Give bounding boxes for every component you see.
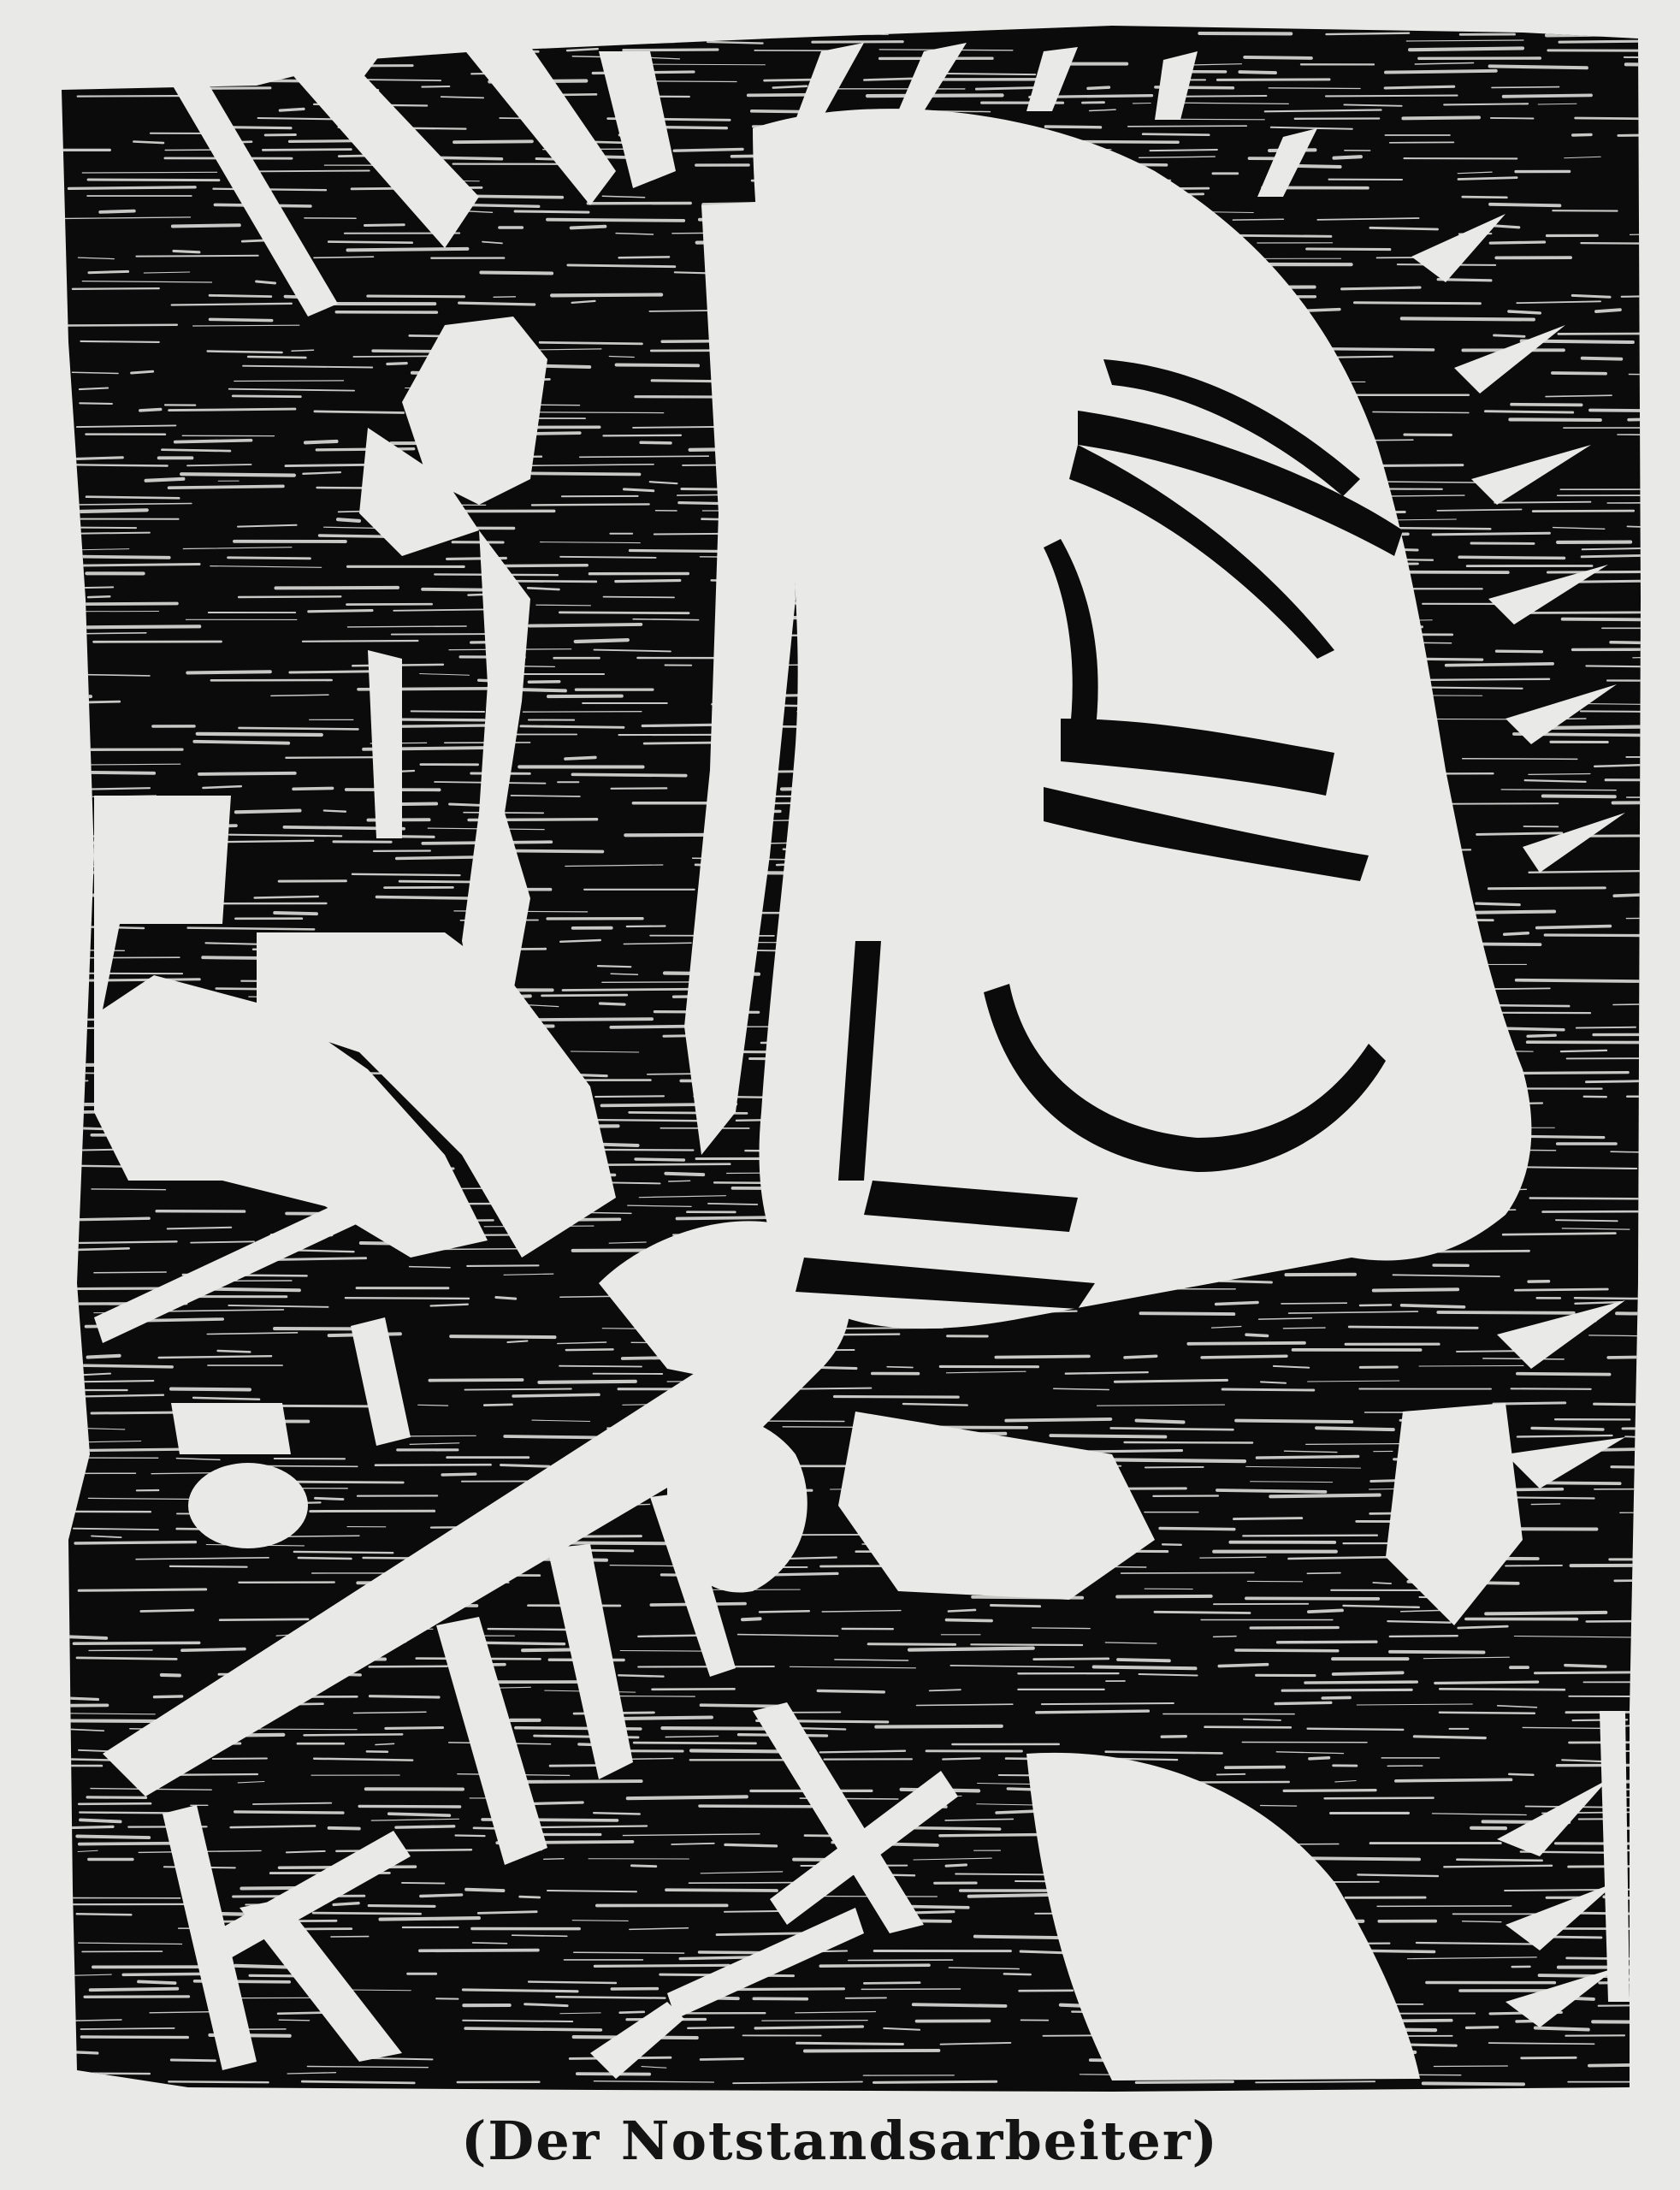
caption: (Der Notstandsarbeiter): [0, 2115, 1680, 2168]
woodcut-artwork: [0, 0, 1680, 2190]
